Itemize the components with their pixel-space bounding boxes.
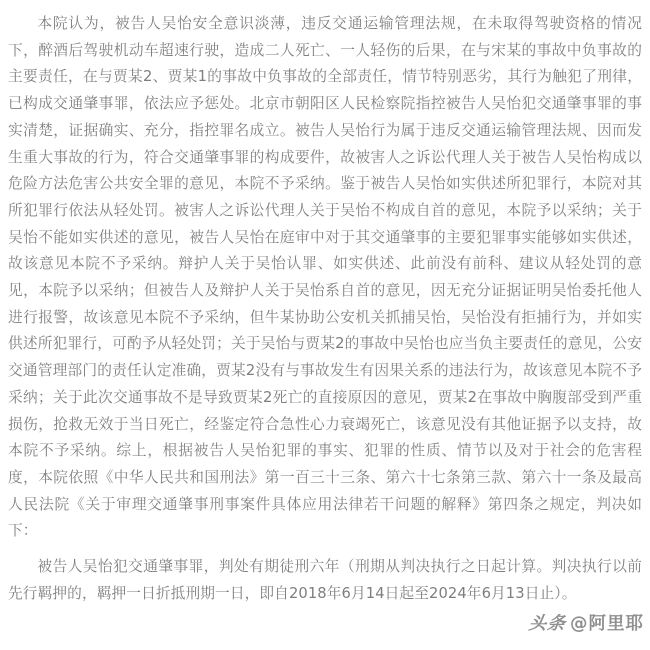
document-page: 本院认为，被告人吴怡安全意识淡薄，违反交通运输管理法规，在未取得驾驶资格的情况下… [0,0,650,650]
court-opinion-paragraph: 本院认为，被告人吴怡安全意识淡薄，违反交通运输管理法规，在未取得驾驶资格的情况下… [8,11,642,545]
toutiao-logo: 头条 [527,610,568,635]
toutiao-watermark: 头条@阿里耶 [529,610,644,635]
verdict-sentence-paragraph: 被告人吴怡犯交通肇事罪，判处有期徒刑六年（刑期从判决执行之日起计算。判决执行以前… [8,554,642,607]
watermark-author-handle: @阿里耶 [570,614,644,634]
